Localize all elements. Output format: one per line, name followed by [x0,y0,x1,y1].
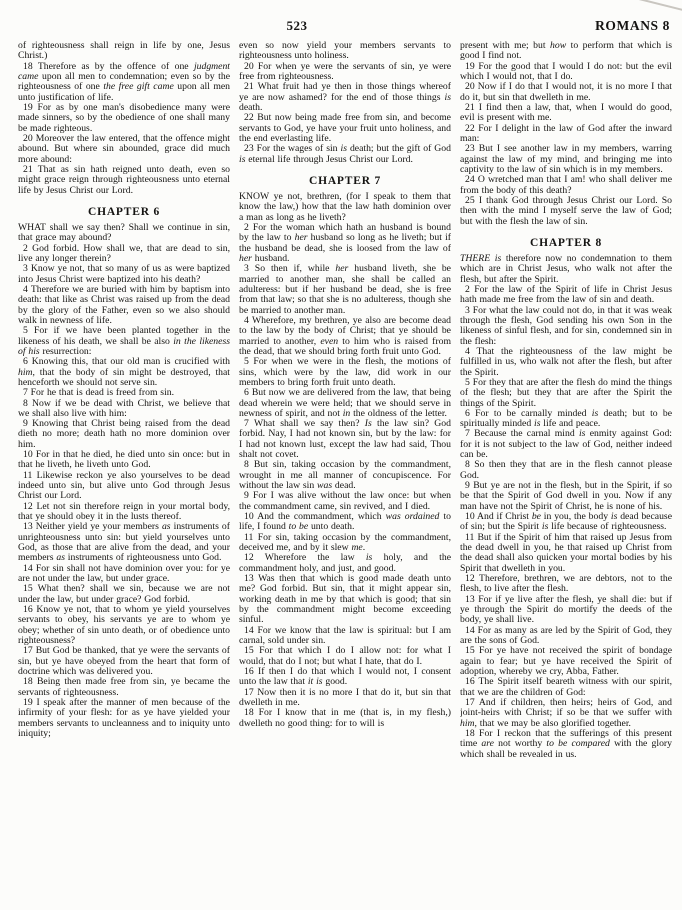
verse-paragraph: 6 Knowing this, that our old man is cruc… [18,357,230,388]
verse-paragraph: 22 For I delight in the law of God after… [460,124,672,145]
verse-paragraph: 10 And the commandment, which was ordain… [239,512,451,533]
verse-paragraph: 18 For I reckon that the sufferings of t… [460,729,672,760]
scan-artifact-line [621,0,682,12]
verse-paragraph: 14 For we know that the law is spiritual… [239,626,451,647]
verse-paragraph: 6 But now we are delivered from the law,… [239,388,451,419]
verse-paragraph: 4 Therefore we are buried with him by ba… [18,285,230,326]
verse-paragraph: 9 But ye are not in the flesh, but in th… [460,481,672,512]
verse-paragraph: 2 For the law of the Spirit of life in C… [460,285,672,306]
verse-paragraph: 10 For in that he died, he died unto sin… [18,450,230,471]
verse-paragraph: 21 What fruit had ye then in those thing… [239,82,451,113]
continuation-paragraph: present with me; but how to perform that… [460,41,672,62]
verse-paragraph: 11 But if the Spirit of him that raised … [460,533,672,574]
verse-paragraph: 17 But God be thanked, that ye were the … [18,646,230,677]
verse-paragraph: 7 Because the carnal mind is enmity agai… [460,429,672,460]
verse-paragraph: 4 Wherefore, my brethren, ye also are be… [239,316,451,357]
verse-paragraph: 10 And if Christ be in you, the body is … [460,512,672,533]
continuation-paragraph: WHAT shall we say then? Shall we continu… [18,223,230,244]
verse-paragraph: 20 Now if I do that I would not, it is n… [460,82,672,103]
verse-paragraph: 15 What then? shall we sin, because we a… [18,584,230,605]
verse-paragraph: 14 For as many as are led by the Spirit … [460,626,672,647]
verse-paragraph: 19 For as by one man's disobedience many… [18,103,230,134]
verse-paragraph: 18 Therefore as by the offence of one ju… [18,62,230,103]
verse-paragraph: 23 But I see another law in my members, … [460,144,672,175]
verse-paragraph: 3 For what the law could not do, in that… [460,306,672,347]
page-number: 523 [277,18,317,34]
verse-paragraph: 21 That as sin hath reigned unto death, … [18,165,230,196]
verse-paragraph: 3 So then if, while her husband liveth, … [239,264,451,316]
verse-paragraph: 19 I speak after the manner of men becau… [18,698,230,739]
verse-paragraph: 15 For ye have not received the spirit o… [460,646,672,677]
verse-paragraph: 20 For when ye were the servants of sin,… [239,62,451,83]
verse-paragraph: 24 O wretched man that I am! who shall d… [460,175,672,196]
verse-paragraph: 11 For sin, taking occasion by the comma… [239,533,451,554]
page-header: 523 ROMANS 8 [0,18,682,36]
verse-paragraph: 2 For the woman which hath an husband is… [239,223,451,264]
verse-paragraph: 21 I find then a law, that, when I would… [460,103,672,124]
verse-paragraph: 18 Being then made free from sin, ye bec… [18,677,230,698]
verse-paragraph: 16 Know ye not, that to whom ye yield yo… [18,605,230,646]
verse-paragraph: 13 For if ye live after the flesh, ye sh… [460,595,672,626]
text-column-3: present with me; but how to perform that… [460,41,672,907]
verse-paragraph: 17 And if children, then heirs; heirs of… [460,698,672,729]
verse-paragraph: 9 Knowing that Christ being raised from … [18,419,230,450]
continuation-paragraph: KNOW ye not, brethren, (for I speak to t… [239,192,451,223]
verse-paragraph: 3 Know ye not, that so many of us as wer… [18,264,230,285]
verse-paragraph: 11 Likewise reckon ye also yourselves to… [18,471,230,502]
verse-paragraph: 13 Neither yield ye your members as inst… [18,522,230,563]
text-column-1: of righteousness shall reign in life by … [18,41,230,907]
verse-paragraph: 5 For they that are after the flesh do m… [460,378,672,409]
verse-paragraph: 19 For the good that I would I do not: b… [460,62,672,83]
verse-paragraph: 12 Therefore, brethren, we are debtors, … [460,574,672,595]
verse-paragraph: 7 What shall we say then? Is the law sin… [239,419,451,460]
verse-paragraph: 5 For if we have been planted together i… [18,326,230,357]
running-head: ROMANS 8 [595,18,670,34]
verse-paragraph: 14 For sin shall not have dominion over … [18,564,230,585]
verse-paragraph: 25 I thank God through Jesus Christ our … [460,196,672,227]
verse-paragraph: 4 That the righteousness of the law migh… [460,347,672,378]
verse-paragraph: 16 If then I do that which I would not, … [239,667,451,688]
verse-paragraph: 5 For when we were in the flesh, the mot… [239,357,451,388]
continuation-paragraph: even so now yield your members servants … [239,41,451,62]
verse-paragraph: 8 Now if we be dead with Christ, we beli… [18,399,230,420]
verse-paragraph: 22 But now being made free from sin, and… [239,113,451,144]
verse-paragraph: 7 For he that is dead is freed from sin. [18,388,230,398]
verse-paragraph: 12 Let not sin therefore reign in your m… [18,502,230,523]
verse-paragraph: 17 Now then it is no more I that do it, … [239,688,451,709]
verse-paragraph: 12 Wherefore the law is holy, and the co… [239,553,451,574]
verse-paragraph: 15 For that which I do I allow not: for … [239,646,451,667]
verse-paragraph: 16 The Spirit itself beareth witness wit… [460,677,672,698]
verse-paragraph: 9 For I was alive without the law once: … [239,491,451,512]
verse-paragraph: 18 For I know that in me (that is, in my… [239,708,451,729]
continuation-paragraph: of righteousness shall reign in life by … [18,41,230,62]
verse-paragraph: 8 So then they that are in the flesh can… [460,460,672,481]
verse-paragraph: 13 Was then that which is good made deat… [239,574,451,626]
text-column-2: even so now yield your members servants … [239,41,451,907]
verse-paragraph: 6 For to be carnally minded is death; bu… [460,409,672,430]
verse-paragraph: 8 But sin, taking occasion by the comman… [239,460,451,491]
verse-paragraph: 23 For the wages of sin is death; but th… [239,144,451,165]
bible-page: 523 ROMANS 8 of righteousness shall reig… [0,0,682,910]
continuation-paragraph: THERE is therefore now no condemnation t… [460,254,672,285]
verse-paragraph: 20 Moreover the law entered, that the of… [18,134,230,165]
chapter-heading: CHAPTER 8 [460,237,672,249]
chapter-heading: CHAPTER 7 [239,175,451,187]
verse-paragraph: 2 God forbid. How shall we, that are dea… [18,244,230,265]
text-columns: of righteousness shall reign in life by … [18,41,672,907]
chapter-heading: CHAPTER 6 [18,206,230,218]
